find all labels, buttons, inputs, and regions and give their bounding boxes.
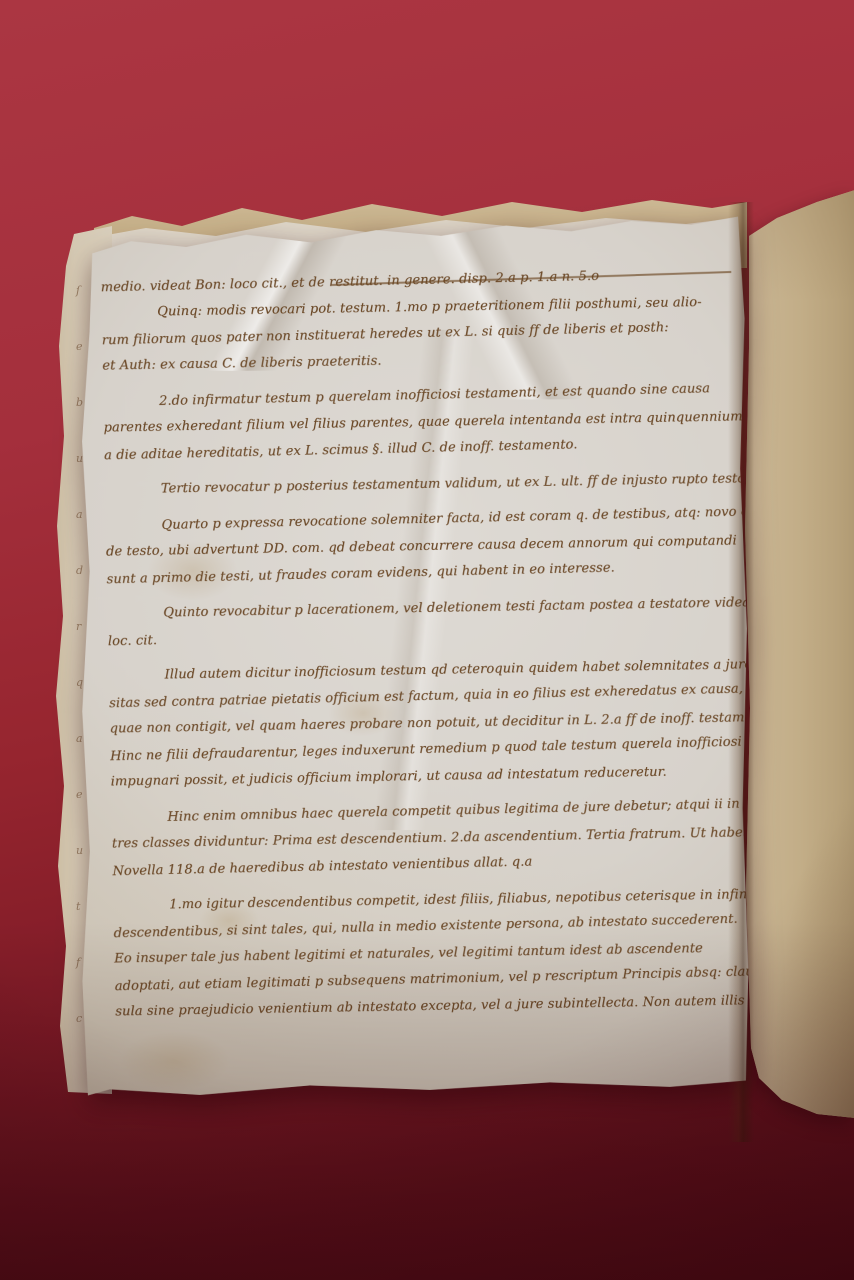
photo: ſebuadrqaeutfc medio. videat Bon: loco c… (0, 0, 854, 1280)
paper-stain (120, 1031, 230, 1091)
manuscript-lines: medio. videat Bon: loco cit., et de rest… (100, 262, 737, 1026)
manuscript-page-wrap: medio. videat Bon: loco cit., et de rest… (76, 209, 750, 1102)
manuscript-line: Tertio revocatur p posterius testamentum… (105, 466, 727, 503)
facing-leaf-shading (737, 188, 854, 1136)
manuscript-page: medio. videat Bon: loco cit., et de rest… (76, 209, 750, 1102)
gutter-shadow (728, 202, 754, 1142)
facing-blank-page (737, 188, 854, 1136)
